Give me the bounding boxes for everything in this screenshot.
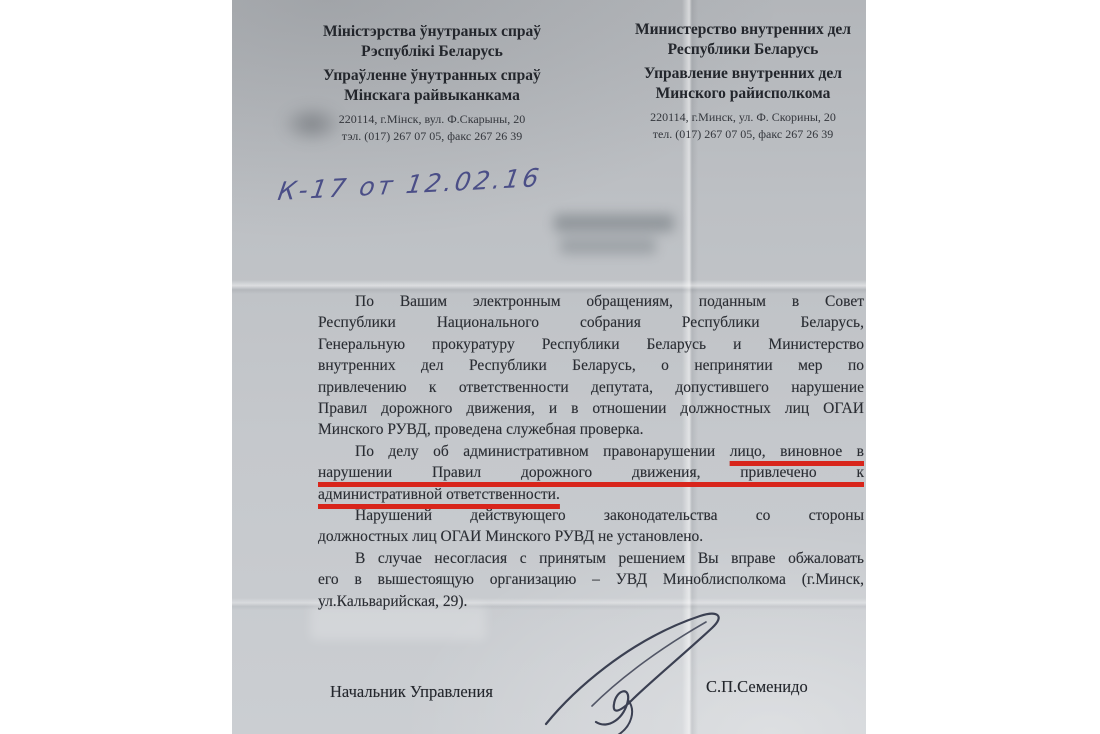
body-line-underlined: административной ответственности. (318, 484, 864, 505)
body-line-text: По делу об административном правонарушен… (355, 443, 715, 460)
blurred-text-bar (554, 214, 674, 232)
body-line: внутренних дел Республики Беларусь, о не… (318, 355, 864, 376)
letterhead-left-org-line1: Міністэрства ўнутраных спраў (290, 22, 574, 42)
letterhead-right-dept-line2: Минского райисполкома (616, 84, 870, 104)
red-underlined-text: лицо, виновное в (730, 443, 864, 460)
body-line: Правил дорожного движения, и в отношении… (318, 398, 864, 419)
letterhead-right-phone: тел. (017) 267 07 05, факс 267 26 39 (616, 126, 870, 143)
body-line-partially-underlined: По делу об административном правонарушен… (318, 441, 864, 462)
letterhead-left-org-line2: Рэспублікі Беларусь (290, 42, 574, 62)
body-line: По Вашим электронным обращениям, поданны… (318, 291, 864, 312)
letterhead-right-org-line1: Министерство внутренних дел (616, 20, 870, 40)
blurred-recipient-block (550, 210, 692, 264)
blurred-text-bar (560, 238, 656, 254)
letterhead-left-dept-line2: Мінскага райвыканкама (290, 86, 574, 106)
body-line: должностных лиц ОГАИ Минского РУВД не ус… (318, 526, 864, 547)
body-line: Нарушений действующего законодательства … (318, 505, 864, 526)
red-underlined-text: нарушении Правил дорожного движения, при… (318, 464, 864, 481)
letterhead-left-phone: тэл. (017) 267 07 05, факс 267 26 39 (290, 128, 574, 145)
letterhead-right-address: 220114, г.Минск, ул. Ф. Скорины, 20 (616, 109, 870, 126)
body-line: В случае несогласия с принятым решением … (318, 548, 864, 569)
body-line: Республики Национального собрания Респуб… (318, 312, 864, 333)
body-line-underlined: нарушении Правил дорожного движения, при… (318, 462, 864, 483)
body-line: его в вышестоящую организацию – УВД Мино… (318, 569, 864, 590)
letterhead-left-address: 220114, г.Мінск, вул. Ф.Скарыны, 20 (290, 111, 574, 128)
letterhead-right-org-line2: Республики Беларусь (616, 40, 870, 60)
letter-body: По Вашим электронным обращениям, поданны… (318, 291, 864, 612)
letterhead-belarusian: Міністэрства ўнутраных спраў Рэспублікі … (290, 22, 574, 145)
handwritten-reference-number: К-17 от 12.02.16 (276, 163, 544, 206)
handwritten-signature (532, 606, 742, 734)
body-line: Минского РУВД, проведена служебная прове… (318, 419, 864, 440)
body-line: привлечению к ответственности депутата, … (318, 377, 864, 398)
letterhead-left-dept-line1: Упраўленне ўнутранных спраў (290, 66, 574, 86)
page: { "document": { "handwritten_reference":… (0, 0, 1100, 734)
letterhead-right-dept-line1: Управление внутренних дел (616, 64, 870, 84)
body-line: Генеральную прокуратуру Республики Белар… (318, 334, 864, 355)
signer-title: Начальник Управления (330, 682, 493, 702)
scanned-letter-photo: Міністэрства ўнутраных спраў Рэспублікі … (232, 0, 866, 734)
letterhead-russian: Министерство внутренних дел Республики Б… (616, 20, 870, 143)
red-underlined-text: административной ответственности. (318, 486, 560, 503)
